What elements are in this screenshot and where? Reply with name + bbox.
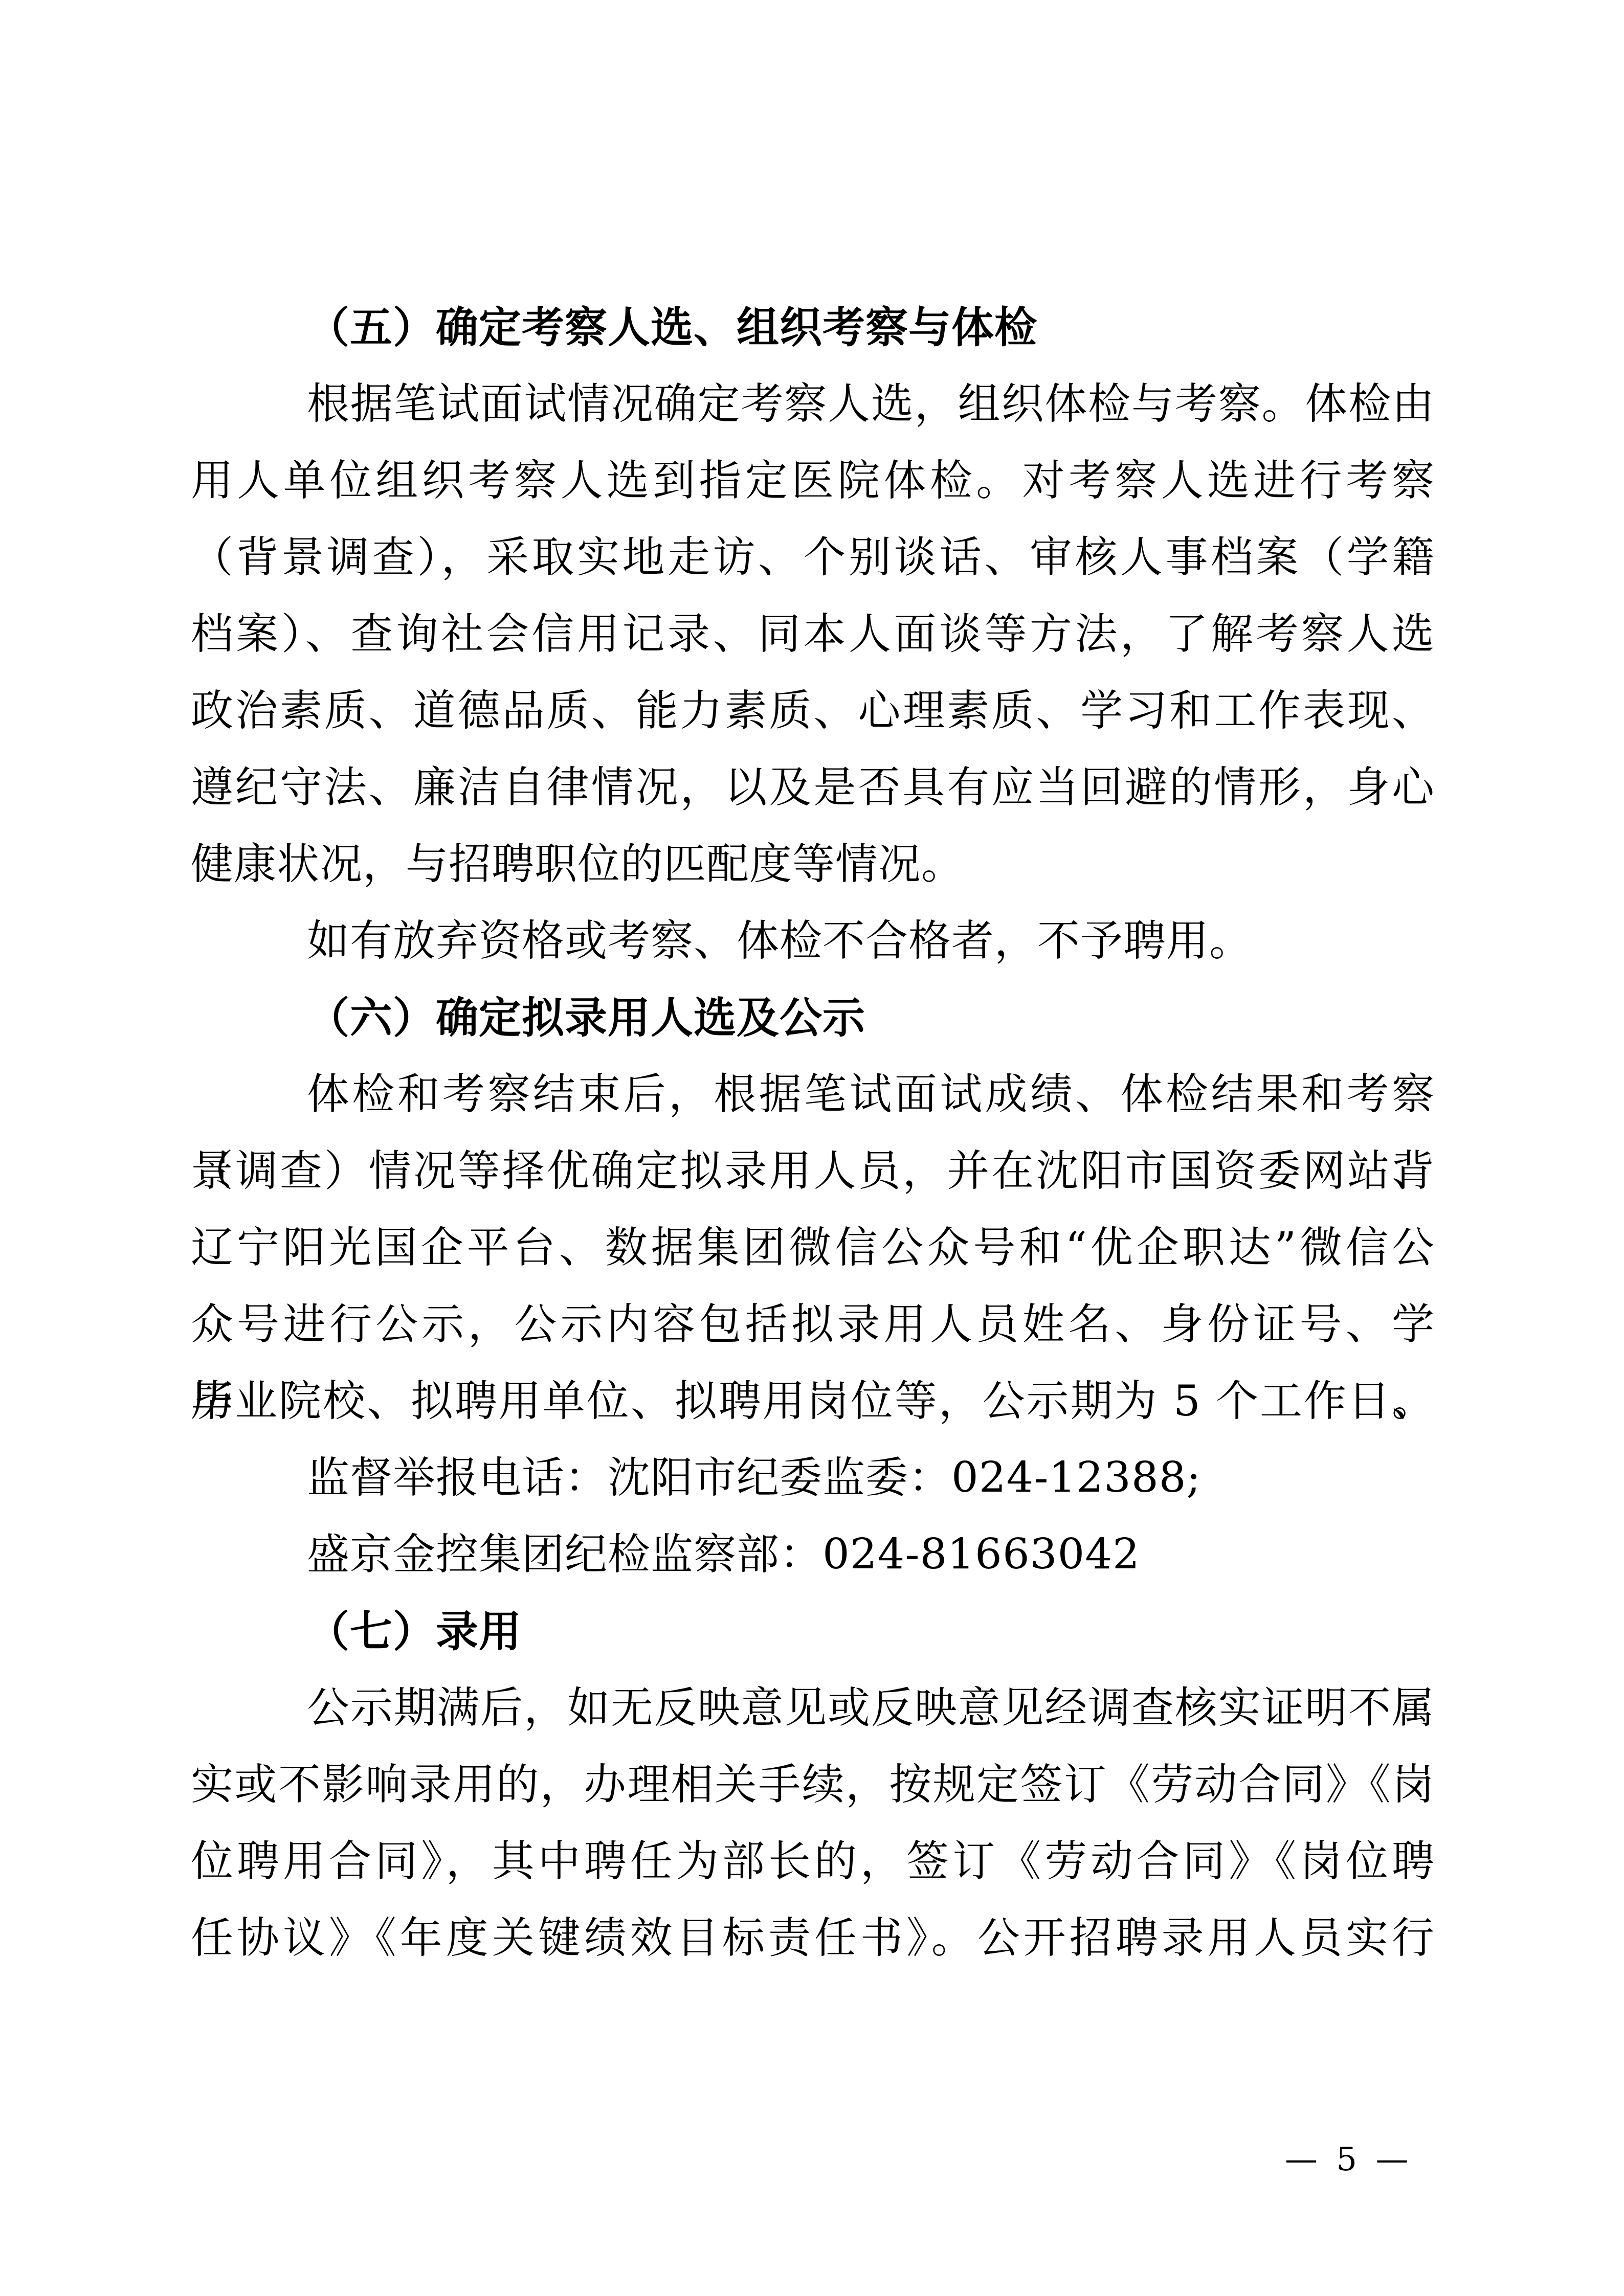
body-line: 用人单位组织考察人选到指定医院体检。对考察人选进行考察 <box>191 442 1435 519</box>
body-line: 档案）、查询社会信用记录、同本人面谈等方法，了解考察人选 <box>191 596 1435 672</box>
body-line: 公示期满后，如无反映意见或反映意见经调查核实证明不属 <box>191 1670 1435 1746</box>
section-heading: （七）录用 <box>191 1593 1435 1670</box>
body-line: 毕业院校、拟聘用单位、拟聘用岗位等，公示期为 5 个工作日。 <box>191 1363 1435 1439</box>
section-heading: （六）确定拟录用人选及公示 <box>191 979 1435 1056</box>
body-line: 监督举报电话：沈阳市纪委监委：024-12388; <box>191 1439 1435 1516</box>
body-line: 健康状况，与招聘职位的匹配度等情况。 <box>191 826 1435 903</box>
body-line: 根据笔试面试情况确定考察人选，组织体检与考察。体检由 <box>191 366 1435 442</box>
body-line: 政治素质、道德品质、能力素质、心理素质、学习和工作表现、 <box>191 672 1435 749</box>
document-text-block: （五）确定考察人选、组织考察与体检 根据笔试面试情况确定考察人选，组织体检与考察… <box>191 289 1435 1976</box>
body-line: 遵纪守法、廉洁自律情况，以及是否具有应当回避的情形，身心 <box>191 749 1435 826</box>
section-heading: （五）确定考察人选、组织考察与体检 <box>191 289 1435 366</box>
body-line: 众号进行公示，公示内容包括拟录用人员姓名、身份证号、学历、 <box>191 1286 1435 1363</box>
body-line: 景调查）情况等择优确定拟录用人员，并在沈阳市国资委网站、 <box>191 1133 1435 1209</box>
body-line: 辽宁阳光国企平台、数据集团微信公众号和“优企职达”微信公 <box>191 1209 1435 1286</box>
body-line: 体检和考察结束后，根据笔试面试成绩、体检结果和考察（背 <box>191 1056 1435 1133</box>
body-line: 实或不影响录用的，办理相关手续，按规定签订《劳动合同》《岗 <box>191 1746 1435 1823</box>
body-line: 盛京金控集团纪检监察部：024-81663042 <box>191 1516 1435 1593</box>
body-line: 如有放弃资格或考察、体检不合格者，不予聘用。 <box>191 903 1435 979</box>
body-line: （背景调查），采取实地走访、个别谈话、审核人事档案（学籍 <box>191 519 1435 596</box>
body-line: 位聘用合同》，其中聘任为部长的，签订《劳动合同》《岗位聘 <box>191 1823 1435 1900</box>
page-number: — 5 — <box>1285 2136 1412 2182</box>
body-line: 任协议》《年度关键绩效目标责任书》。公开招聘录用人员实行 <box>191 1900 1435 1976</box>
